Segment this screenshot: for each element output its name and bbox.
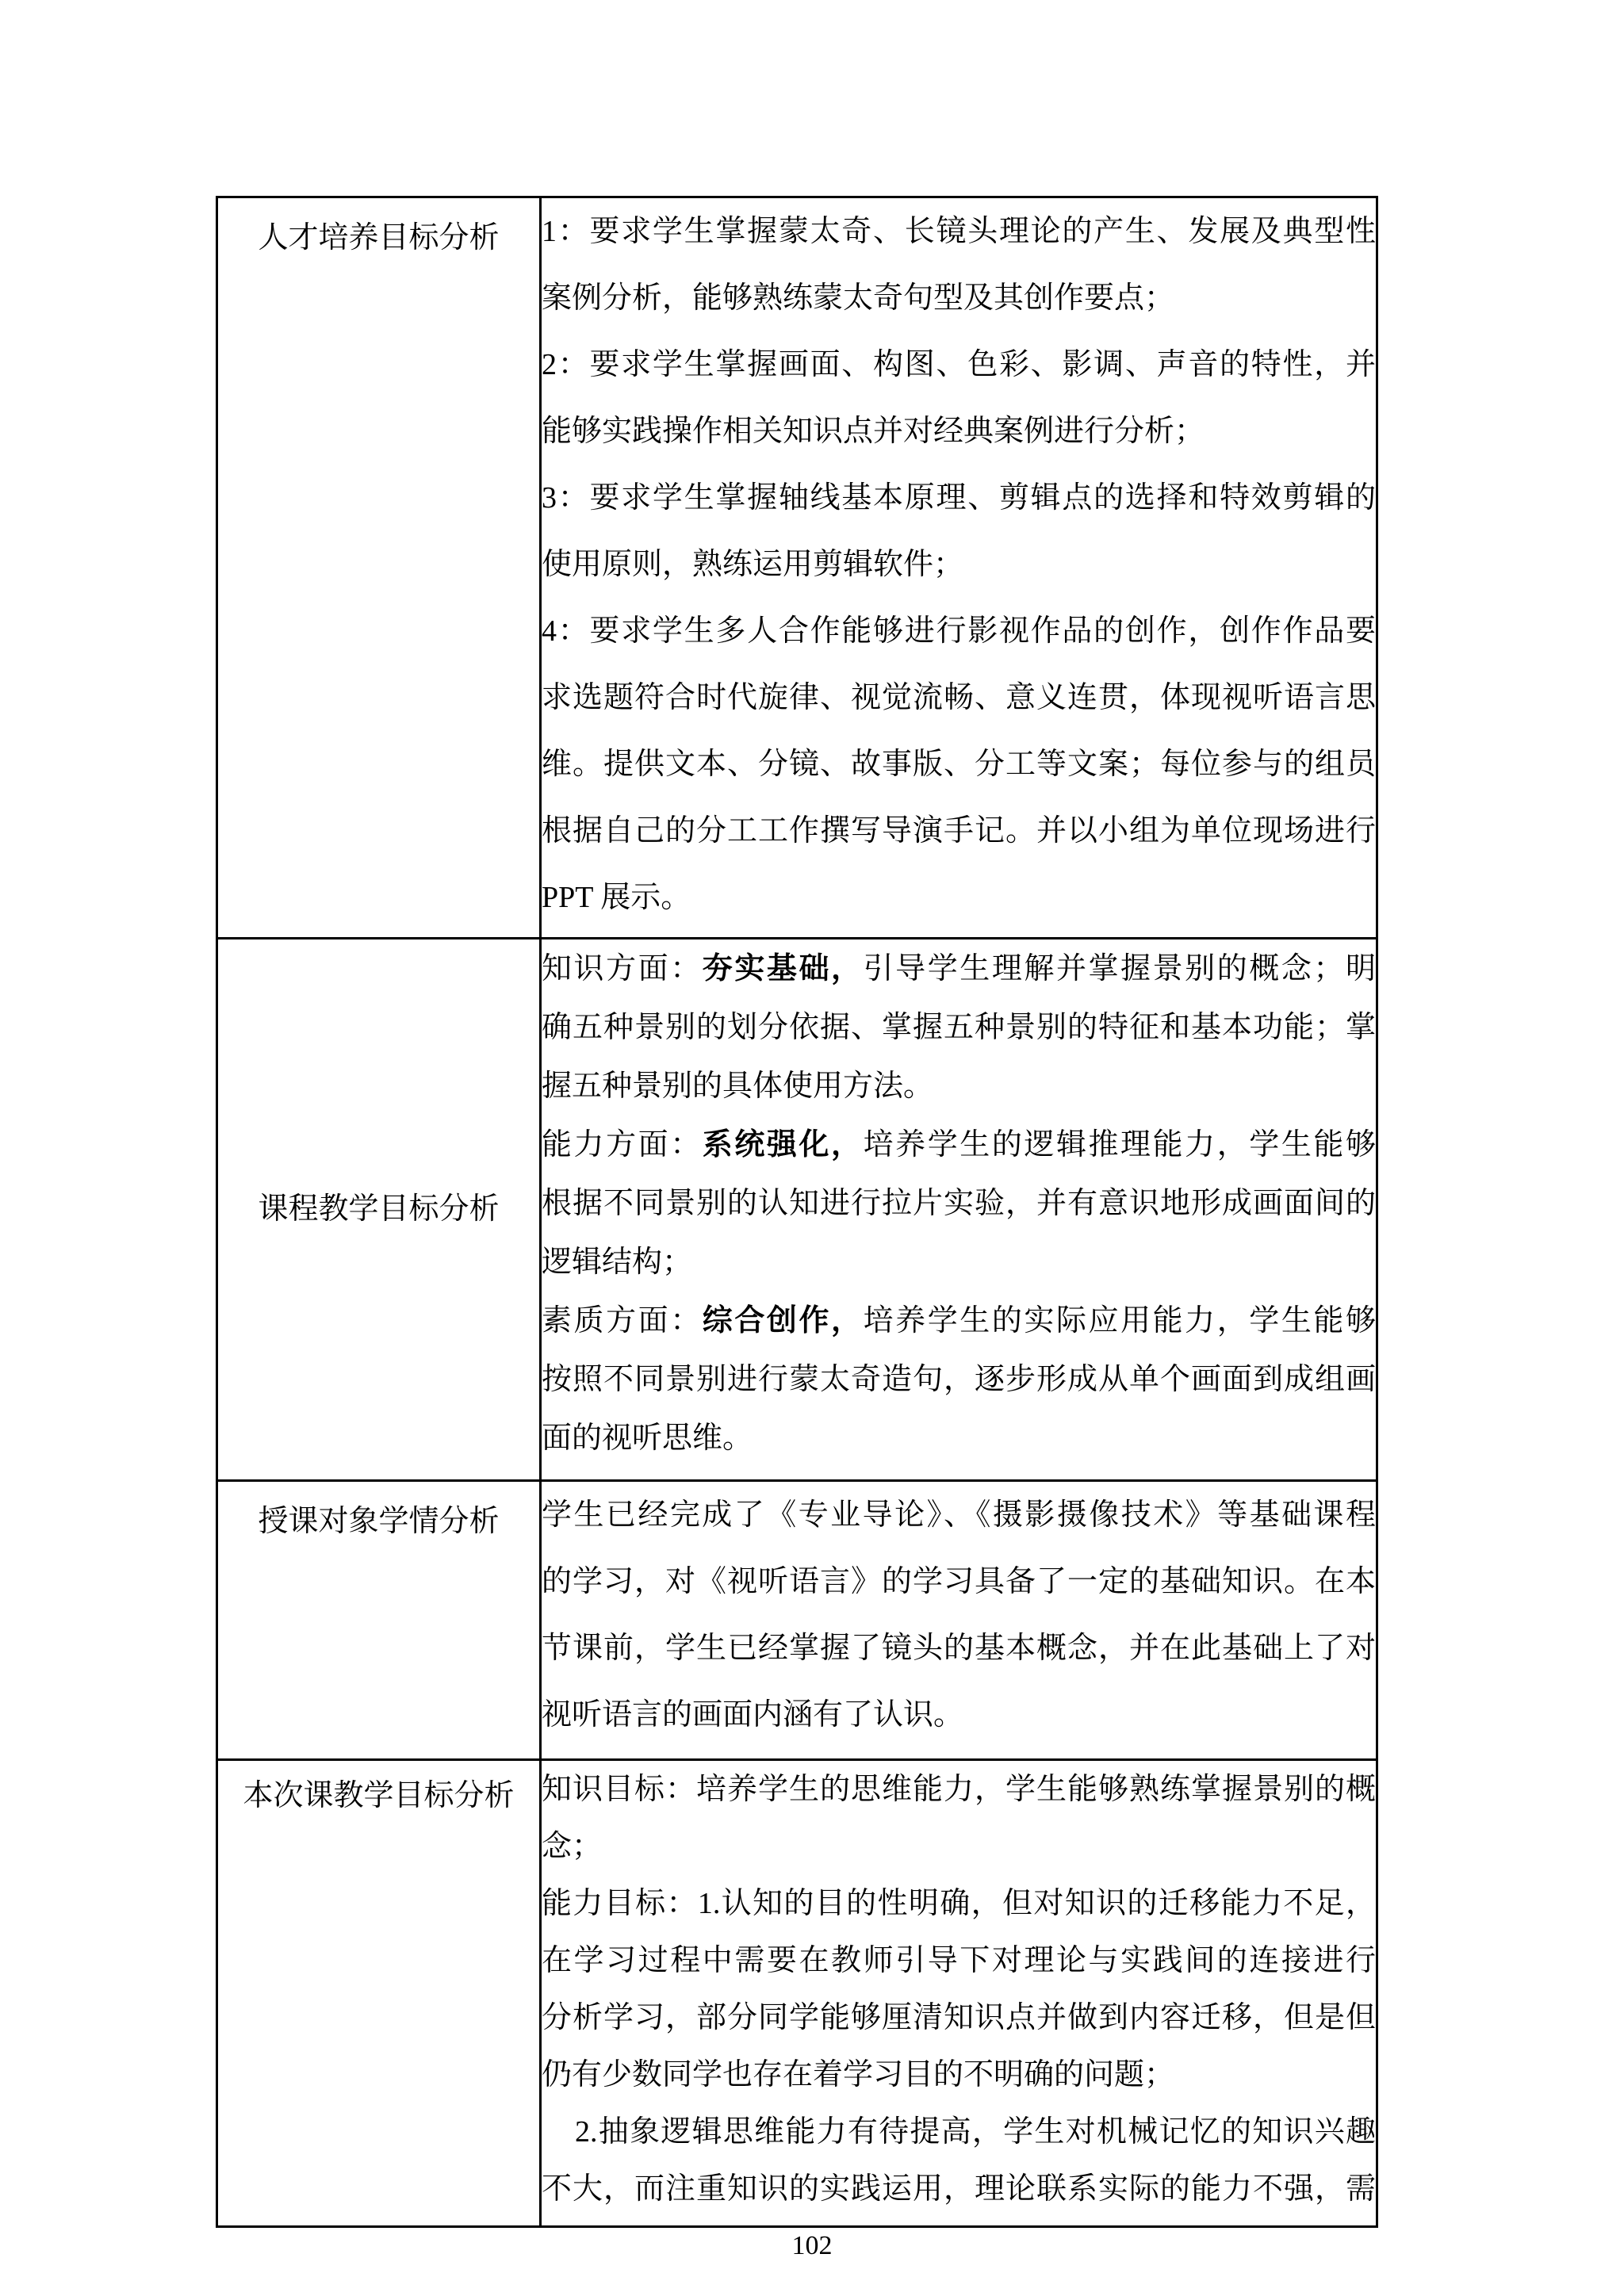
table-row-lesson-teaching-goal-analysis: 本次课教学目标分析知识目标：培养学生的思维能力，学生能够熟练掌握景别的概念；能力…: [217, 1760, 1377, 2227]
row-label-cell: 授课对象学情分析: [217, 1481, 541, 1760]
text-run: 在学习过程中需要在教师引导下对理论与实践间的连接进行: [542, 1944, 1376, 1977]
text-run: 知识方面：: [542, 952, 703, 985]
bold-text-run: 综合创作，: [703, 1304, 864, 1337]
text-run: 1：要求学生掌握蒙太奇、长镜头理论的产生、发展及典型性: [542, 215, 1376, 248]
text-line: 按照不同景别进行蒙太奇造句，逐步形成从单个画面到成组画: [542, 1350, 1376, 1409]
text-line: 分析学习，部分同学能够厘清知识点并做到内容迁移，但是但: [542, 1989, 1376, 2046]
text-line: 1：要求学生掌握蒙太奇、长镜头理论的产生、发展及典型性: [542, 198, 1376, 265]
text-run: 能力目标：1.认知的目的性明确，但对知识的迁移能力不足，: [542, 1887, 1376, 1920]
table-row-talent-training-goal-analysis: 人才培养目标分析1：要求学生掌握蒙太奇、长镜头理论的产生、发展及典型性案例分析，…: [217, 197, 1377, 939]
text-line: 学生已经完成了《专业导论》、《摄影摄像技术》等基础课程: [542, 1482, 1376, 1548]
text-line: 握五种景别的具体使用方法。: [542, 1057, 1376, 1115]
text-run: 分析学习，部分同学能够厘清知识点并做到内容迁移，但是但: [542, 2001, 1376, 2034]
row-label-cell: 人才培养目标分析: [217, 197, 541, 939]
text-run: 求选题符合时代旋律、视觉流畅、意义连贯，体现视听语言思: [542, 681, 1376, 714]
text-run: 逻辑结构；: [542, 1246, 692, 1279]
text-run: 素质方面：: [542, 1304, 703, 1337]
analysis-table: 人才培养目标分析1：要求学生掌握蒙太奇、长镜头理论的产生、发展及典型性案例分析，…: [216, 196, 1378, 2228]
text-line: 能力目标：1.认知的目的性明确，但对知识的迁移能力不足，: [542, 1875, 1376, 1932]
text-run: 握五种景别的具体使用方法。: [542, 1070, 933, 1103]
text-line: 3：要求学生掌握轴线基本原理、剪辑点的选择和特效剪辑的: [542, 465, 1376, 531]
page-number: 102: [0, 2229, 1624, 2263]
text-run: 3：要求学生掌握轴线基本原理、剪辑点的选择和特效剪辑的: [542, 481, 1376, 515]
text-run: 的学习，对《视听语言》的学习具备了一定的基础知识。在本: [542, 1565, 1376, 1598]
text-line: 节课前，学生已经掌握了镜头的基本概念，并在此基础上了对: [542, 1615, 1376, 1682]
text-line: PPT 展示。: [542, 864, 1376, 931]
row-content-cell: 知识目标：培养学生的思维能力，学生能够熟练掌握景别的概念；能力目标：1.认知的目…: [541, 1760, 1377, 2227]
text-run: 面的视听思维。: [542, 1422, 753, 1455]
text-run: 维。提供文本、分镜、故事版、分工等文案；每位参与的组员: [542, 748, 1376, 781]
text-line: 素质方面：综合创作，培养学生的实际应用能力，学生能够: [542, 1291, 1376, 1350]
text-run: 学生已经完成了《专业导论》、《摄影摄像技术》等基础课程: [542, 1498, 1376, 1532]
text-run: 节课前，学生已经掌握了镜头的基本概念，并在此基础上了对: [542, 1632, 1376, 1665]
bold-text-run: 系统强化，: [703, 1128, 864, 1161]
text-line: 案例分析，能够熟练蒙太奇句型及其创作要点；: [542, 265, 1376, 331]
text-line: 面的视听思维。: [542, 1409, 1376, 1468]
text-run: 2.抽象逻辑思维能力有待提高，学生对机械记忆的知识兴趣: [575, 2115, 1376, 2149]
table-row-student-situation-analysis: 授课对象学情分析学生已经完成了《专业导论》、《摄影摄像技术》等基础课程的学习，对…: [217, 1481, 1377, 1760]
text-run: 按照不同景别进行蒙太奇造句，逐步形成从单个画面到成组画: [542, 1363, 1376, 1396]
table-body: 人才培养目标分析1：要求学生掌握蒙太奇、长镜头理论的产生、发展及典型性案例分析，…: [217, 197, 1377, 2227]
text-line: 求选题符合时代旋律、视觉流畅、意义连贯，体现视听语言思: [542, 664, 1376, 731]
text-line: 逻辑结构；: [542, 1233, 1376, 1291]
text-line: 视听语言的画面内涵有了认识。: [542, 1682, 1376, 1748]
row-label: 课程教学目标分析: [218, 1188, 539, 1230]
text-run: 能够实践操作相关知识点并对经典案例进行分析；: [542, 415, 1205, 448]
text-run: PPT 展示。: [542, 881, 691, 914]
text-run: 知识目标：培养学生的思维能力，学生能够熟练掌握景别的概: [542, 1773, 1376, 1806]
table-row-course-teaching-goal-analysis: 课程教学目标分析知识方面：夯实基础，引导学生理解并掌握景别的概念；明确五种景别的…: [217, 939, 1377, 1481]
text-line: 念；: [542, 1818, 1376, 1875]
text-run: 不大，而注重知识的实践运用，理论联系实际的能力不强，需: [542, 2172, 1376, 2206]
text-line: 根据自己的分工工作撰写导演手记。并以小组为单位现场进行: [542, 798, 1376, 864]
text-run: 根据不同景别的认知进行拉片实验，并有意识地形成画面间的: [542, 1187, 1376, 1220]
text-line: 2.抽象逻辑思维能力有待提高，学生对机械记忆的知识兴趣: [542, 2103, 1376, 2160]
text-line: 仍有少数同学也存在着学习目的不明确的问题；: [542, 2046, 1376, 2103]
text-run: 能力方面：: [542, 1128, 703, 1161]
row-content-cell: 知识方面：夯实基础，引导学生理解并掌握景别的概念；明确五种景别的划分依据、掌握五…: [541, 939, 1377, 1481]
text-run: 培养学生的实际应用能力，学生能够: [864, 1304, 1376, 1337]
text-run: 视听语言的画面内涵有了认识。: [542, 1698, 963, 1732]
text-run: 2：要求学生掌握画面、构图、色彩、影调、声音的特性，并: [542, 348, 1376, 381]
text-line: 的学习，对《视听语言》的学习具备了一定的基础知识。在本: [542, 1548, 1376, 1615]
text-run: 培养学生的逻辑推理能力，学生能够: [864, 1128, 1376, 1161]
row-label: 本次课教学目标分析: [218, 1761, 539, 1824]
text-run: 引导学生理解并掌握景别的概念；明: [864, 952, 1376, 985]
document-page: { "page": { "number": "102", "background…: [0, 0, 1624, 2296]
row-content-cell: 学生已经完成了《专业导论》、《摄影摄像技术》等基础课程的学习，对《视听语言》的学…: [541, 1481, 1377, 1760]
text-run: 念；: [542, 1830, 602, 1863]
bold-text-run: 夯实基础，: [703, 952, 864, 985]
text-line: 根据不同景别的认知进行拉片实验，并有意识地形成画面间的: [542, 1174, 1376, 1233]
row-label-cell: 课程教学目标分析: [217, 939, 541, 1481]
row-label-cell: 本次课教学目标分析: [217, 1760, 541, 2227]
text-line: 2：要求学生掌握画面、构图、色彩、影调、声音的特性，并: [542, 331, 1376, 398]
text-run: 根据自己的分工工作撰写导演手记。并以小组为单位现场进行: [542, 814, 1376, 848]
text-line: 确五种景别的划分依据、掌握五种景别的特征和基本功能；掌: [542, 998, 1376, 1057]
text-line: 知识目标：培养学生的思维能力，学生能够熟练掌握景别的概: [542, 1761, 1376, 1818]
text-line: 不大，而注重知识的实践运用，理论联系实际的能力不强，需: [542, 2160, 1376, 2218]
text-line: 维。提供文本、分镜、故事版、分工等文案；每位参与的组员: [542, 731, 1376, 798]
text-run: 确五种景别的划分依据、掌握五种景别的特征和基本功能；掌: [542, 1011, 1376, 1044]
row-label: 授课对象学情分析: [218, 1482, 539, 1555]
text-run: 使用原则，熟练运用剪辑软件；: [542, 548, 963, 581]
text-run: 仍有少数同学也存在着学习目的不明确的问题；: [542, 2058, 1174, 2091]
text-line: 能够实践操作相关知识点并对经典案例进行分析；: [542, 398, 1376, 465]
row-content-cell: 1：要求学生掌握蒙太奇、长镜头理论的产生、发展及典型性案例分析，能够熟练蒙太奇句…: [541, 197, 1377, 939]
text-line: 能力方面：系统强化，培养学生的逻辑推理能力，学生能够: [542, 1115, 1376, 1174]
text-line: 知识方面：夯实基础，引导学生理解并掌握景别的概念；明: [542, 939, 1376, 998]
text-line: 4：要求学生多人合作能够进行影视作品的创作，创作作品要: [542, 598, 1376, 664]
text-line: 使用原则，熟练运用剪辑软件；: [542, 531, 1376, 598]
text-line: 在学习过程中需要在教师引导下对理论与实践间的连接进行: [542, 1932, 1376, 1989]
text-run: 4：要求学生多人合作能够进行影视作品的创作，创作作品要: [542, 614, 1376, 648]
text-run: 案例分析，能够熟练蒙太奇句型及其创作要点；: [542, 281, 1174, 315]
row-label: 人才培养目标分析: [218, 198, 539, 271]
